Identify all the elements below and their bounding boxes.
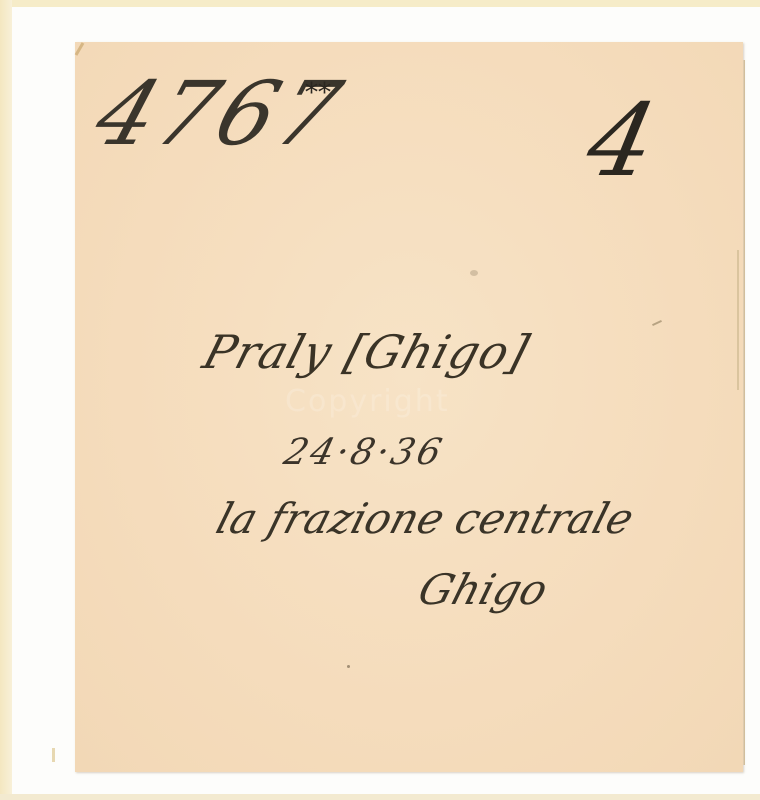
- catalog-marks: **: [305, 78, 331, 108]
- collection-date: 24·8·36: [280, 432, 449, 473]
- mount-strip-top: [0, 0, 760, 7]
- habitat-text: la frazione centrale: [211, 494, 639, 543]
- paper-fold: [737, 250, 739, 390]
- copyright-watermark: Copyright: [285, 384, 450, 419]
- place-text: Ghigo: [413, 565, 553, 614]
- mount-corner-mark: [52, 748, 55, 762]
- mount-strip-left: [0, 0, 12, 800]
- paper-speck: [347, 665, 350, 668]
- paper-stain: [470, 270, 478, 276]
- mount-strip-bottom: [0, 794, 760, 800]
- locality-text: Praly [Ghigo]: [197, 325, 535, 379]
